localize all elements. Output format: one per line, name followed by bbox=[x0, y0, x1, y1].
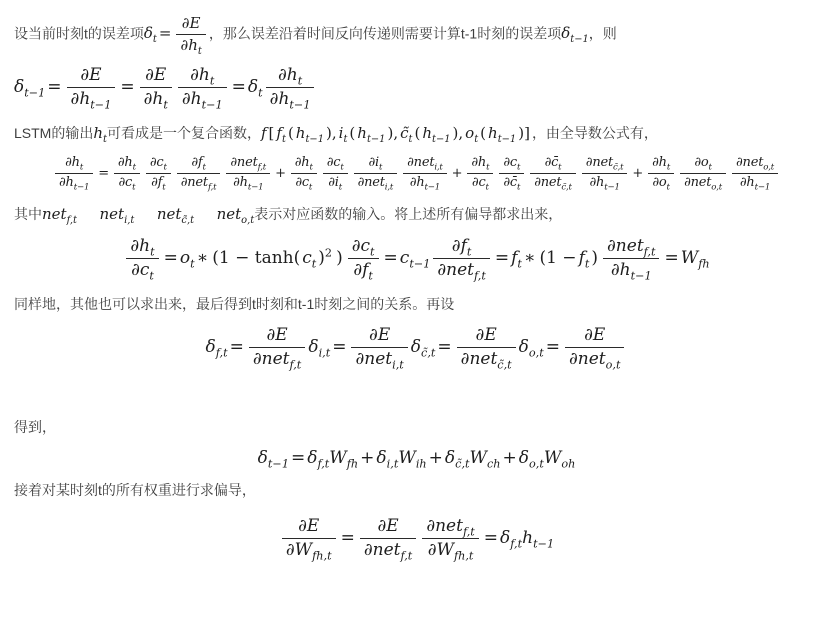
math-run: ∂Wfh,t bbox=[286, 540, 332, 560]
math-run: Wfh bbox=[681, 248, 710, 268]
math-run: + bbox=[275, 166, 286, 181]
math-run: ∂ct bbox=[472, 175, 489, 190]
math-run: ∂ht bbox=[144, 89, 168, 109]
math-fraction: ∂ct∂c̄t bbox=[499, 155, 524, 191]
math-run: Woh bbox=[544, 448, 575, 468]
text-run: LSTM的输出 bbox=[14, 125, 93, 141]
math-run: ∂neto,t bbox=[569, 349, 620, 369]
math-run: ∂E bbox=[369, 325, 390, 345]
math-fraction: ∂E∂neto,t bbox=[565, 325, 624, 371]
math-run: = bbox=[159, 24, 172, 42]
math-run: ∂ht−1 bbox=[590, 175, 620, 190]
math-run: = bbox=[484, 528, 498, 548]
para-obtain: 得到， bbox=[14, 417, 819, 439]
math-run: ), bbox=[387, 124, 398, 142]
math-run: ( bbox=[349, 124, 355, 142]
math-run: Wfh bbox=[329, 448, 358, 468]
math-run: ∂ht−1 bbox=[71, 89, 112, 109]
math-run: (1 − tanh( bbox=[212, 248, 300, 268]
para-weight-gradient-note: 接着对某时刻t的所有权重进行求偏导， bbox=[14, 480, 819, 502]
text-run: 其中 bbox=[14, 206, 42, 222]
math-run: ∂ft bbox=[452, 236, 472, 256]
math-run: ft bbox=[511, 248, 522, 268]
math-run: ft bbox=[579, 248, 590, 268]
math-fraction: ∂it∂neti,t bbox=[354, 155, 398, 191]
math-run: ∂netf,t bbox=[253, 349, 301, 369]
math-run: ∂ht bbox=[65, 155, 83, 170]
math-run: neto,t bbox=[217, 205, 255, 223]
math-fraction: ∂ht∂ct bbox=[114, 155, 140, 191]
math-run: )2 bbox=[318, 248, 332, 268]
math-fraction: ∂E∂netf,t bbox=[249, 325, 305, 371]
math-run: ot bbox=[465, 124, 478, 142]
math-run: = bbox=[437, 337, 451, 357]
math-run: Wih bbox=[398, 448, 426, 468]
math-run: ∂ot bbox=[652, 175, 669, 190]
math-run: ∂c̄t bbox=[545, 155, 562, 170]
text-run: 接着对某时刻t的所有权重进行求偏导， bbox=[14, 482, 256, 498]
math-run: ∂E bbox=[182, 14, 201, 32]
math-run: ∂c̄t bbox=[503, 175, 520, 190]
math-run: ∂ot bbox=[694, 155, 711, 170]
math-run: ∂ht bbox=[180, 36, 201, 54]
math-fraction: ∂E∂netc̃,t bbox=[457, 325, 516, 371]
math-run: ( bbox=[414, 124, 420, 142]
math-run: ht−1 bbox=[296, 124, 324, 142]
math-run: ∂neto,t bbox=[736, 155, 774, 170]
math-fraction: ∂ht∂ht−1 bbox=[266, 65, 315, 111]
math-fraction: ∂ht∂ct bbox=[291, 155, 317, 191]
math-run: ∂netf,t bbox=[607, 236, 655, 256]
inline-math: δt=∂E∂ht bbox=[144, 24, 209, 42]
math-run: ∂netf,t bbox=[426, 516, 474, 536]
math-run: ∂E bbox=[476, 325, 497, 345]
math-run: = bbox=[384, 248, 398, 268]
math-run: neti,t bbox=[100, 205, 135, 223]
math-run: δf,t bbox=[307, 448, 329, 468]
math-run: netc̃,t bbox=[157, 205, 194, 223]
math-run: + bbox=[360, 448, 374, 468]
math-run: ∂ht bbox=[278, 65, 302, 85]
math-fraction: ∂netf,t∂ht−1 bbox=[226, 155, 270, 191]
math-run: ht−1 bbox=[357, 124, 385, 142]
math-run: δt bbox=[248, 77, 263, 97]
math-fraction: ∂ft∂netf,t bbox=[177, 155, 221, 191]
math-run: δf,t bbox=[206, 337, 228, 357]
math-run: + bbox=[632, 166, 643, 181]
math-run: = bbox=[120, 77, 134, 97]
math-run: + bbox=[429, 448, 443, 468]
math-run: ∂neti,t bbox=[407, 155, 443, 170]
math-run: + bbox=[503, 448, 517, 468]
math-run: + bbox=[452, 166, 463, 181]
math-run: ) bbox=[591, 248, 598, 268]
math-fraction: ∂ht∂ht−1 bbox=[178, 65, 227, 111]
math-run: δi,t bbox=[308, 337, 330, 357]
math-run: ∂ct bbox=[131, 260, 154, 280]
math-run: ∂netc̃,t bbox=[461, 349, 512, 369]
math-run: δc̃,t bbox=[445, 448, 470, 468]
math-run: δt−1 bbox=[14, 77, 45, 97]
math-run: ( bbox=[288, 124, 294, 142]
math-run: ∂ht bbox=[295, 155, 313, 170]
math-run: ∂ct bbox=[503, 155, 520, 170]
math-run: = bbox=[664, 248, 678, 268]
eq-delta-definitions: δf,t=∂E∂netf,tδi,t=∂E∂neti,tδc̃,t=∂E∂net… bbox=[14, 325, 819, 371]
math-run: ∂ct bbox=[295, 175, 312, 190]
math-run: δo,t bbox=[519, 448, 544, 468]
math-run: ∂netf,t bbox=[437, 260, 485, 280]
math-run: netf,t bbox=[42, 205, 77, 223]
document-body: 设当前时刻t的误差项δt=∂E∂ht，那么误差沿着时间反向传递则需要计算t-1时… bbox=[0, 0, 833, 584]
math-run: [ bbox=[269, 124, 275, 142]
math-run: ) bbox=[336, 248, 343, 268]
math-run: ∂ft bbox=[353, 260, 373, 280]
eq-delta-recurrence: δt−1=∂E∂ht−1=∂E∂ht∂ht∂ht−1=δt∂ht∂ht−1 bbox=[14, 65, 819, 111]
math-run: ht−1 bbox=[488, 124, 516, 142]
math-run: ), bbox=[326, 124, 337, 142]
math-run: ∂netf,t bbox=[230, 155, 266, 170]
math-run: ∂ht bbox=[471, 155, 489, 170]
math-fraction: ∂E∂ht bbox=[176, 14, 205, 55]
math-fraction: ∂ht∂ht−1 bbox=[55, 155, 93, 191]
math-run: ∂E bbox=[298, 516, 319, 536]
math-run: = bbox=[291, 448, 305, 468]
math-fraction: ∂E∂neti,t bbox=[351, 325, 407, 371]
math-run: ∂neti,t bbox=[358, 175, 394, 190]
eq-full-derivative-expansion: ∂ht∂ht−1=∂ht∂ct∂ct∂ft∂ft∂netf,t∂netf,t∂h… bbox=[14, 155, 819, 191]
math-run: ∂netc̃,t bbox=[586, 155, 624, 170]
math-run: ∂ht−1 bbox=[270, 89, 311, 109]
math-run: = bbox=[232, 77, 246, 97]
text-run: 同样地，其他也可以求出来，最后得到t时刻和t-1时刻之间的关系。再设 bbox=[14, 296, 454, 312]
math-run: ∂ht bbox=[652, 155, 670, 170]
math-run: δi,t bbox=[376, 448, 398, 468]
math-fraction: ∂E∂netf,t bbox=[360, 516, 416, 562]
math-run: ∂ht−1 bbox=[410, 175, 440, 190]
math-run: ft bbox=[276, 124, 286, 142]
math-run: δc̃,t bbox=[411, 337, 436, 357]
text-run: 设当前时刻t的误差项 bbox=[14, 25, 144, 41]
math-run: ∂it bbox=[328, 175, 342, 190]
math-fraction: ∂E∂ht−1 bbox=[67, 65, 116, 111]
math-fraction: ∂ht∂ot bbox=[648, 155, 674, 191]
math-run: ∂ct bbox=[118, 175, 135, 190]
math-run: ∂netf,t bbox=[181, 175, 217, 190]
math-run: Wch bbox=[470, 448, 501, 468]
inline-math: δt−1 bbox=[561, 24, 589, 42]
math-fraction: ∂ot∂neto,t bbox=[680, 155, 726, 191]
math-run: ∂ct bbox=[327, 155, 344, 170]
math-run: ∂ht−1 bbox=[182, 89, 223, 109]
math-run: ct−1 bbox=[400, 248, 431, 268]
eq-partial-derivatives-values: ∂ht∂ct=ot∗(1 − tanh(ct)2)∂ct∂ft=ct−1∂ft∂… bbox=[14, 236, 819, 282]
math-run: ∂ht−1 bbox=[611, 260, 652, 280]
math-run: ∂ht bbox=[190, 65, 214, 85]
math-run: = bbox=[341, 528, 355, 548]
math-run: it bbox=[339, 124, 348, 142]
math-run: ( bbox=[480, 124, 486, 142]
math-run: ∗ bbox=[524, 248, 536, 268]
math-run: ∂ct bbox=[352, 236, 375, 256]
math-run: ot bbox=[180, 248, 195, 268]
math-fraction: ∂netf,t∂Wfh,t bbox=[422, 516, 478, 562]
eq-weight-gradient: ∂E∂Wfh,t=∂E∂netf,t∂netf,t∂Wfh,t=δf,tht−1 bbox=[14, 516, 819, 562]
math-run: ∂netf,t bbox=[364, 540, 412, 560]
math-run: ∂ht bbox=[118, 155, 136, 170]
math-fraction: ∂netf,t∂ht−1 bbox=[603, 236, 659, 282]
math-fraction: ∂ct∂it bbox=[323, 155, 348, 191]
eq-delta-t-minus-1-result: δt−1=δf,tWfh+δi,tWih+δc̃,tWch+δo,tWoh bbox=[14, 448, 819, 468]
para-lstm-output-composite: LSTM的输出ht可看成是一个复合函数，f[ft(ht−1),it(ht−1),… bbox=[14, 122, 819, 145]
math-fraction: ∂ht∂ct bbox=[126, 236, 158, 282]
math-fraction: ∂ht∂ct bbox=[467, 155, 493, 191]
math-run: δf,t bbox=[500, 528, 522, 548]
math-run: ∂ht−1 bbox=[59, 175, 89, 190]
math-run: ∂ft bbox=[151, 175, 165, 190]
math-run: ht−1 bbox=[422, 124, 450, 142]
inline-math: netf,tneti,tnetc̃,tneto,t bbox=[42, 205, 254, 223]
math-run: = bbox=[495, 248, 509, 268]
math-fraction: ∂netc̃,t∂ht−1 bbox=[582, 155, 628, 191]
para-error-term-intro: 设当前时刻t的误差项δt=∂E∂ht，那么误差沿着时间反向传递则需要计算t-1时… bbox=[14, 14, 819, 55]
math-run: = bbox=[332, 337, 346, 357]
math-run: ∂ft bbox=[191, 155, 205, 170]
math-run: (1 − bbox=[539, 248, 576, 268]
math-run: ∂ht−1 bbox=[740, 175, 770, 190]
math-run: ∂E bbox=[377, 516, 398, 536]
inline-math: ht bbox=[93, 124, 107, 142]
math-run: = bbox=[546, 337, 560, 357]
math-run: ∂netc̃,t bbox=[534, 175, 572, 190]
math-fraction: ∂neti,t∂ht−1 bbox=[403, 155, 447, 191]
math-run: c̃t bbox=[400, 124, 412, 142]
math-fraction: ∂c̄t∂netc̃,t bbox=[530, 155, 576, 191]
math-run: ∂E bbox=[145, 65, 166, 85]
math-run: ∂Wfh,t bbox=[428, 540, 474, 560]
math-run: ∂ht−1 bbox=[233, 175, 263, 190]
math-fraction: ∂ct∂ft bbox=[348, 236, 379, 282]
math-run: ∂E bbox=[266, 325, 287, 345]
math-run: δt−1 bbox=[258, 448, 289, 468]
math-run: δt−1 bbox=[561, 24, 589, 42]
text-run: ，那么误差沿着时间反向传递则需要计算t-1时刻的误差项 bbox=[209, 25, 561, 41]
math-fraction: ∂E∂Wfh,t bbox=[282, 516, 336, 562]
para-net-inputs-note: 其中netf,tneti,tnetc̃,tneto,t表示对应函数的输入。将上述… bbox=[14, 203, 819, 226]
text-run: 表示对应函数的输入。将上述所有偏导都求出来， bbox=[254, 206, 562, 222]
math-run: ∂it bbox=[368, 155, 382, 170]
math-run: ∂E bbox=[584, 325, 605, 345]
math-run: ∗ bbox=[197, 248, 209, 268]
math-run: = bbox=[164, 248, 178, 268]
math-run: f bbox=[261, 124, 267, 142]
math-run: ht bbox=[93, 124, 107, 142]
text-run: ，由全导数公式有， bbox=[532, 125, 658, 141]
math-run: ∂ct bbox=[150, 155, 167, 170]
math-fraction: ∂neto,t∂ht−1 bbox=[732, 155, 778, 191]
math-run: ∂neti,t bbox=[355, 349, 403, 369]
math-run: = bbox=[230, 337, 244, 357]
para-relation-note: 同样地，其他也可以求出来，最后得到t时刻和t-1时刻之间的关系。再设 bbox=[14, 294, 819, 316]
math-run: ct bbox=[302, 248, 316, 268]
math-run: ∂neto,t bbox=[684, 175, 722, 190]
text-run: 得到， bbox=[14, 419, 56, 435]
math-run: δo,t bbox=[519, 337, 544, 357]
text-run: 可看成是一个复合函数， bbox=[107, 125, 261, 141]
math-run: ∂ht bbox=[130, 236, 154, 256]
math-run: ), bbox=[453, 124, 464, 142]
math-run: ht−1 bbox=[522, 528, 554, 548]
text-run: ，则 bbox=[589, 25, 617, 41]
math-run: = bbox=[98, 166, 109, 181]
math-run: )] bbox=[518, 124, 530, 142]
inline-math: f[ft(ht−1),it(ht−1),c̃t(ht−1),ot(ht−1)] bbox=[261, 124, 532, 142]
math-run: = bbox=[47, 77, 61, 97]
math-fraction: ∂ft∂netf,t bbox=[433, 236, 489, 282]
math-fraction: ∂ct∂ft bbox=[146, 155, 171, 191]
math-run: ∂E bbox=[80, 65, 101, 85]
math-fraction: ∂E∂ht bbox=[140, 65, 172, 111]
math-run: δt bbox=[144, 24, 157, 42]
